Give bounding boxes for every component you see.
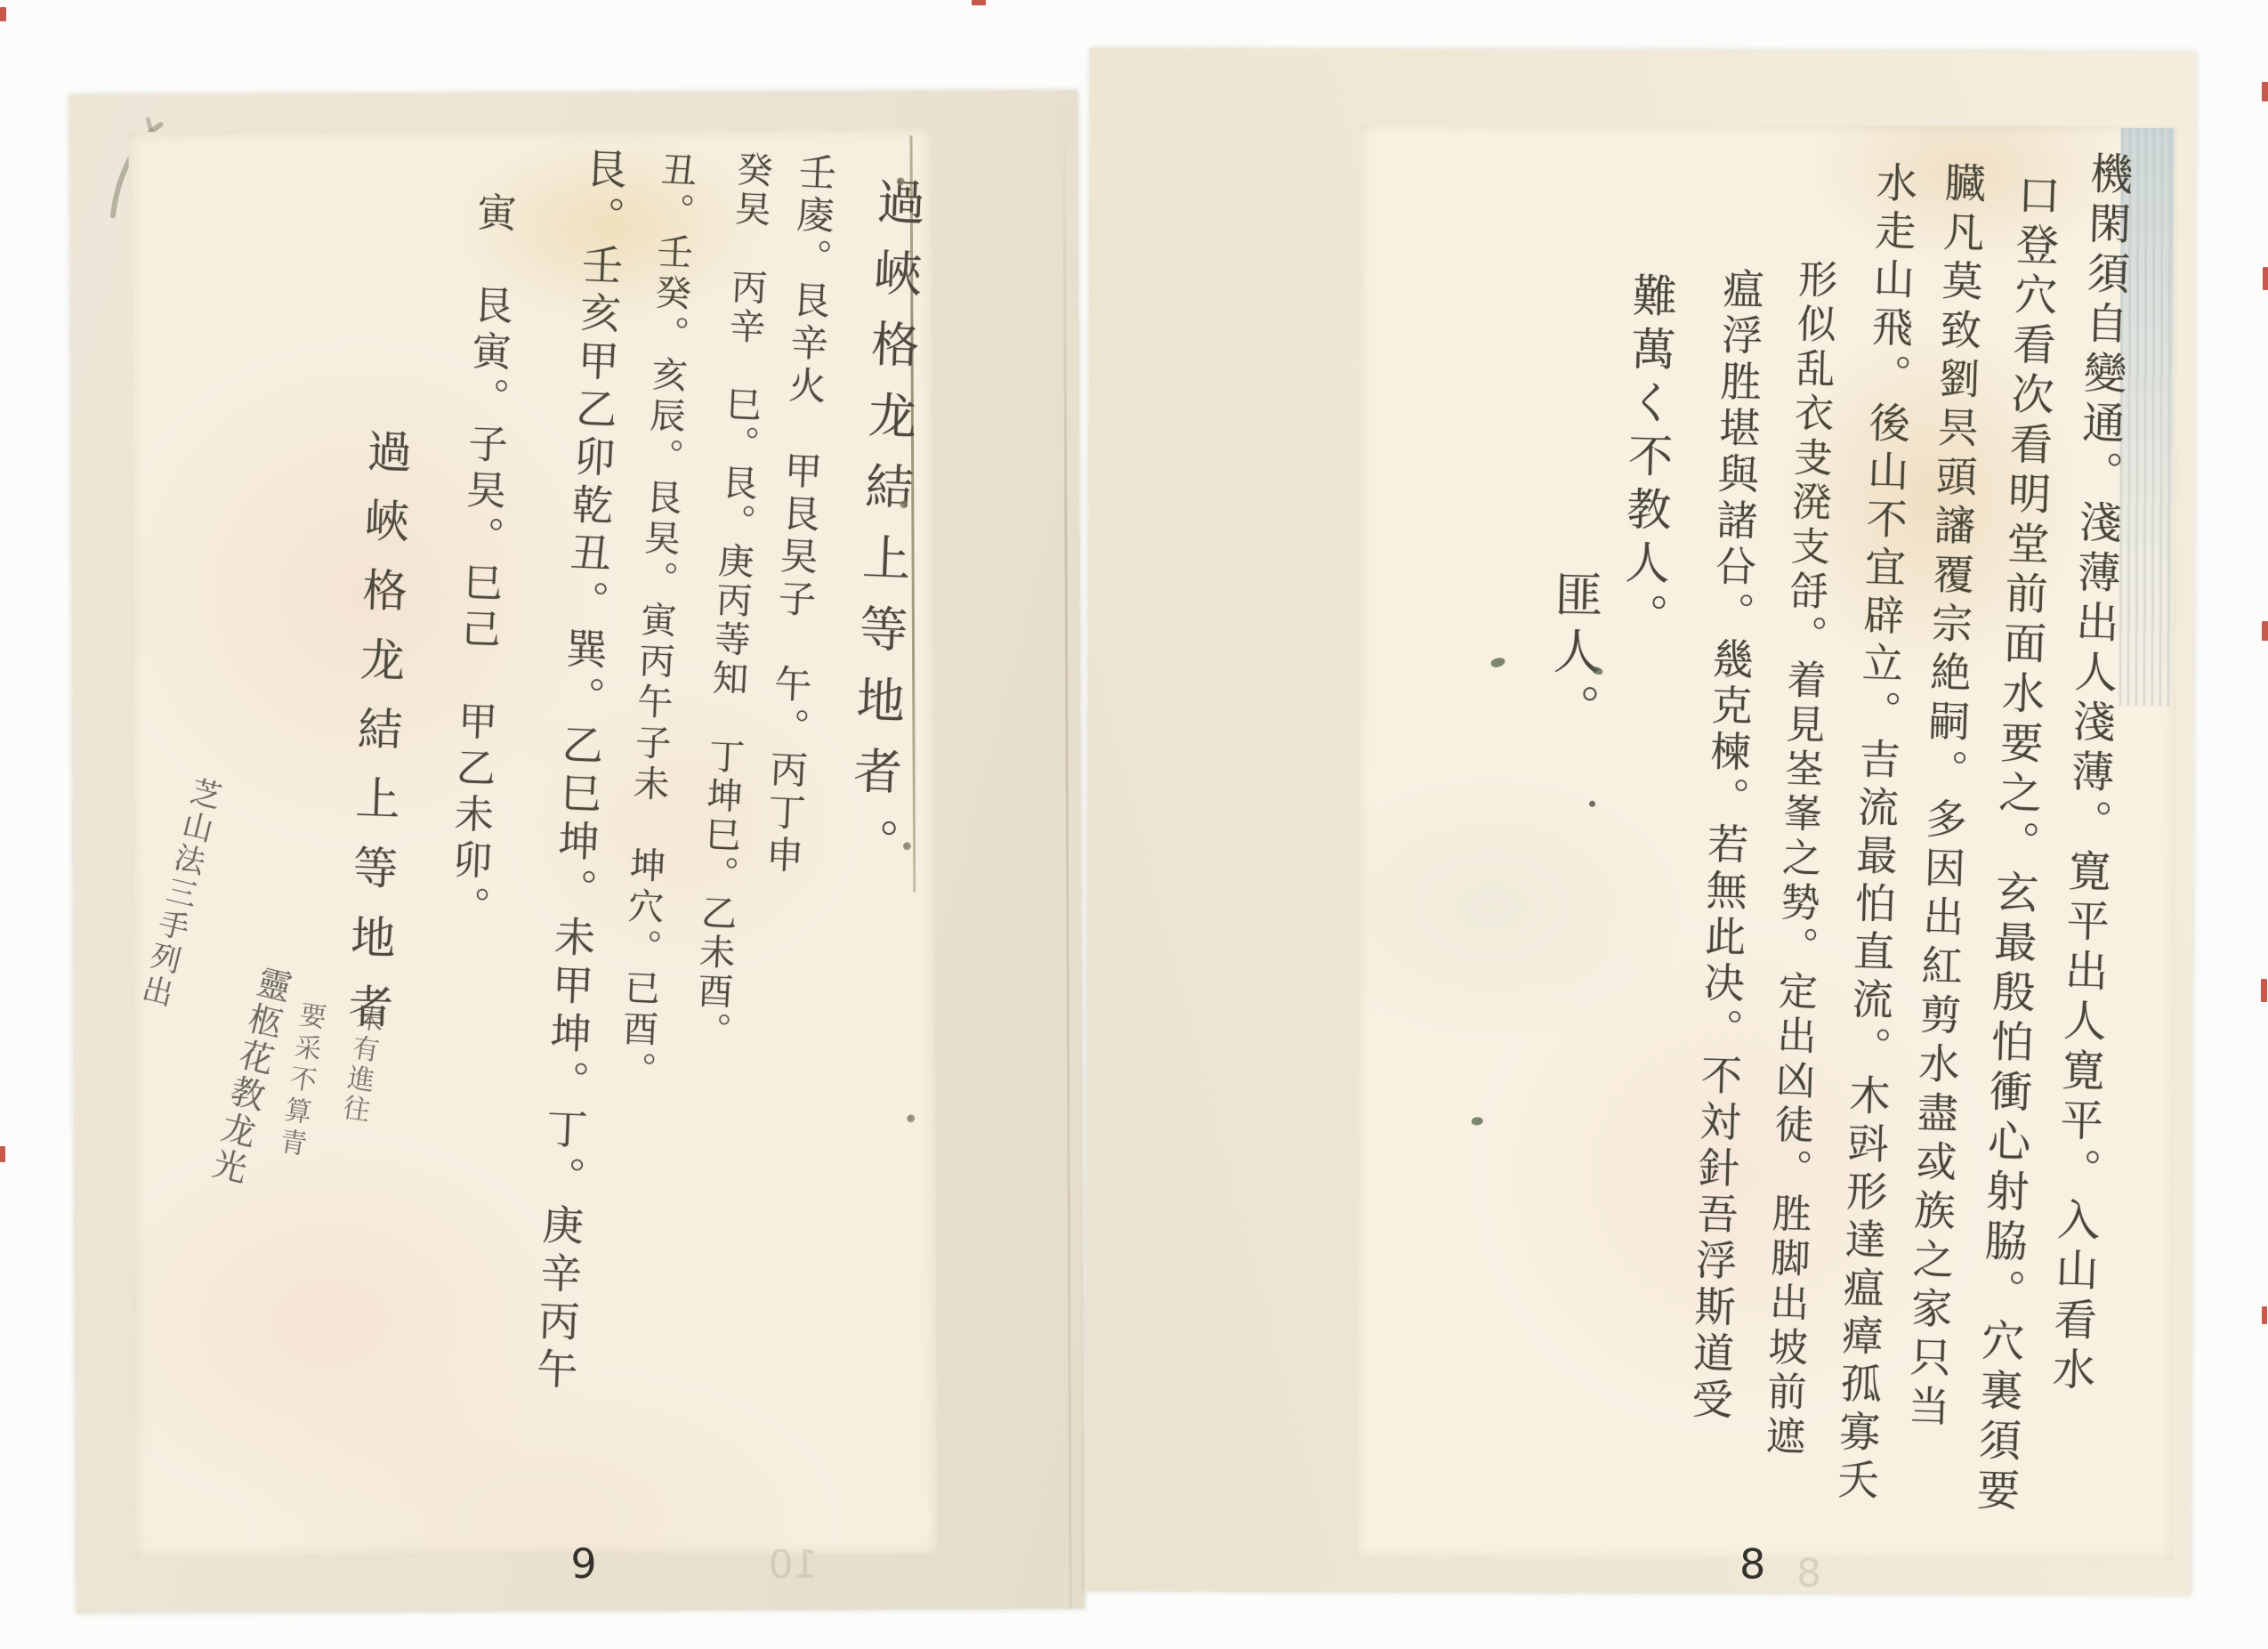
scan-edge-mark xyxy=(2262,1306,2267,1324)
manuscript-sheet-right: 機閑須自變通。淺薄出人淺薄。寛平出人寛平。入山看水 口登穴看次看明堂前面水要之。… xyxy=(1085,48,2196,1595)
p9-column-4: 丑。壬癸。亥辰。艮旲。寅丙午子未 坤穴。已酉。 xyxy=(616,150,695,1093)
p9-heading-column: 過峽格龙結上等地者。 xyxy=(843,176,923,890)
ink-speck xyxy=(1589,801,1595,807)
binding-hole xyxy=(897,177,905,185)
page-number-9: 9 xyxy=(570,1540,599,1588)
p8-column-8: 匪人。 xyxy=(1546,569,1600,740)
page-8-paper: 機閑須自變通。淺薄出人淺薄。寛平出人寛平。入山看水 口登穴看次看明堂前面水要之。… xyxy=(1356,124,2178,1561)
p8-column-1: 機閑須自變通。淺薄出人淺薄。寛平出人寛平。入山看水 xyxy=(2046,150,2130,1397)
page-number-ghost-8: 8 xyxy=(1796,1551,1821,1596)
page-number-ghost-10: 10 xyxy=(768,1542,818,1588)
scan-edge-mark xyxy=(2262,82,2268,101)
scan-edge-mark xyxy=(0,1146,5,1162)
p8-column-2: 口登穴看次看明堂前面水要之。玄最殷怕衝心射脇。穴裏須要 xyxy=(1971,172,2058,1518)
p8-column-4: 水走山飛。後山不宜辟立。吉流最怕直流。木㪷形達瘟瘴孤寡夭 xyxy=(1834,161,1917,1508)
scan-edge-mark xyxy=(0,7,6,21)
p8-column-6: 瘟浮胜堪與諸㕣。㡬克楝。若無此决。不対針吾浮斯道受 xyxy=(1688,267,1764,1425)
scan-edge-mark xyxy=(2262,621,2268,641)
scan-edge-mark xyxy=(2263,267,2268,290)
scan-background: { "page8": { "number": "8", "ghost_numbe… xyxy=(0,0,2268,1649)
p9-column-6: 寅 艮寅。子旲。巳己 甲乙未卯。 xyxy=(445,191,513,933)
scan-edge-mark xyxy=(972,0,986,5)
p9-column-5: 艮。壬亥甲乙卯乾丑。巽。乙巳坤。未甲坤。丁。庚辛丙午 xyxy=(532,147,626,1397)
p9-heading-column-2: 過峽格龙結上等地者 xyxy=(343,427,410,1053)
page-9-paper: 過峽格龙結上等地者。 壬庱。艮辛火 甲艮旲子 午。丙丁申 癸旲 丙辛 巳。艮。庚… xyxy=(128,128,937,1557)
scan-edge-mark xyxy=(2261,979,2267,1002)
p8-column-3: 臓凡莫致劉昗頭讅覆宗絶嗣。多因出紅剪水盡㦯族之家只当 xyxy=(1904,161,1985,1435)
ink-speck xyxy=(1489,656,1505,669)
p8-column-5: 形似乱衣叏溌支㧱。着見峑峯之㔟。定出凶徒。胜脚出坡前遮 xyxy=(1760,258,1835,1460)
ink-speck xyxy=(1471,1116,1483,1126)
p9-annotation-1: 芝山法三手列出 xyxy=(134,774,222,1012)
manuscript-sheet-left: 過峽格龙結上等地者。 壬庱。艮辛火 甲艮旲子 午。丙丁申 癸旲 丙辛 巳。艮。庚… xyxy=(69,91,1084,1613)
p8-column-7: 難萬く不教人。 xyxy=(1618,271,1675,646)
binding-hole xyxy=(907,1114,915,1122)
binding-hole xyxy=(900,500,908,508)
p9-column-2: 壬庱。艮辛火 甲艮旲子 午。丙丁申 xyxy=(762,151,835,878)
binding-hole xyxy=(903,842,911,850)
p9-column-3: 癸旲 丙辛 巳。艮。庚丙䓁知 丁坤巳。乙未酉。 xyxy=(691,150,772,1052)
page-number-8: 8 xyxy=(1739,1540,1767,1588)
